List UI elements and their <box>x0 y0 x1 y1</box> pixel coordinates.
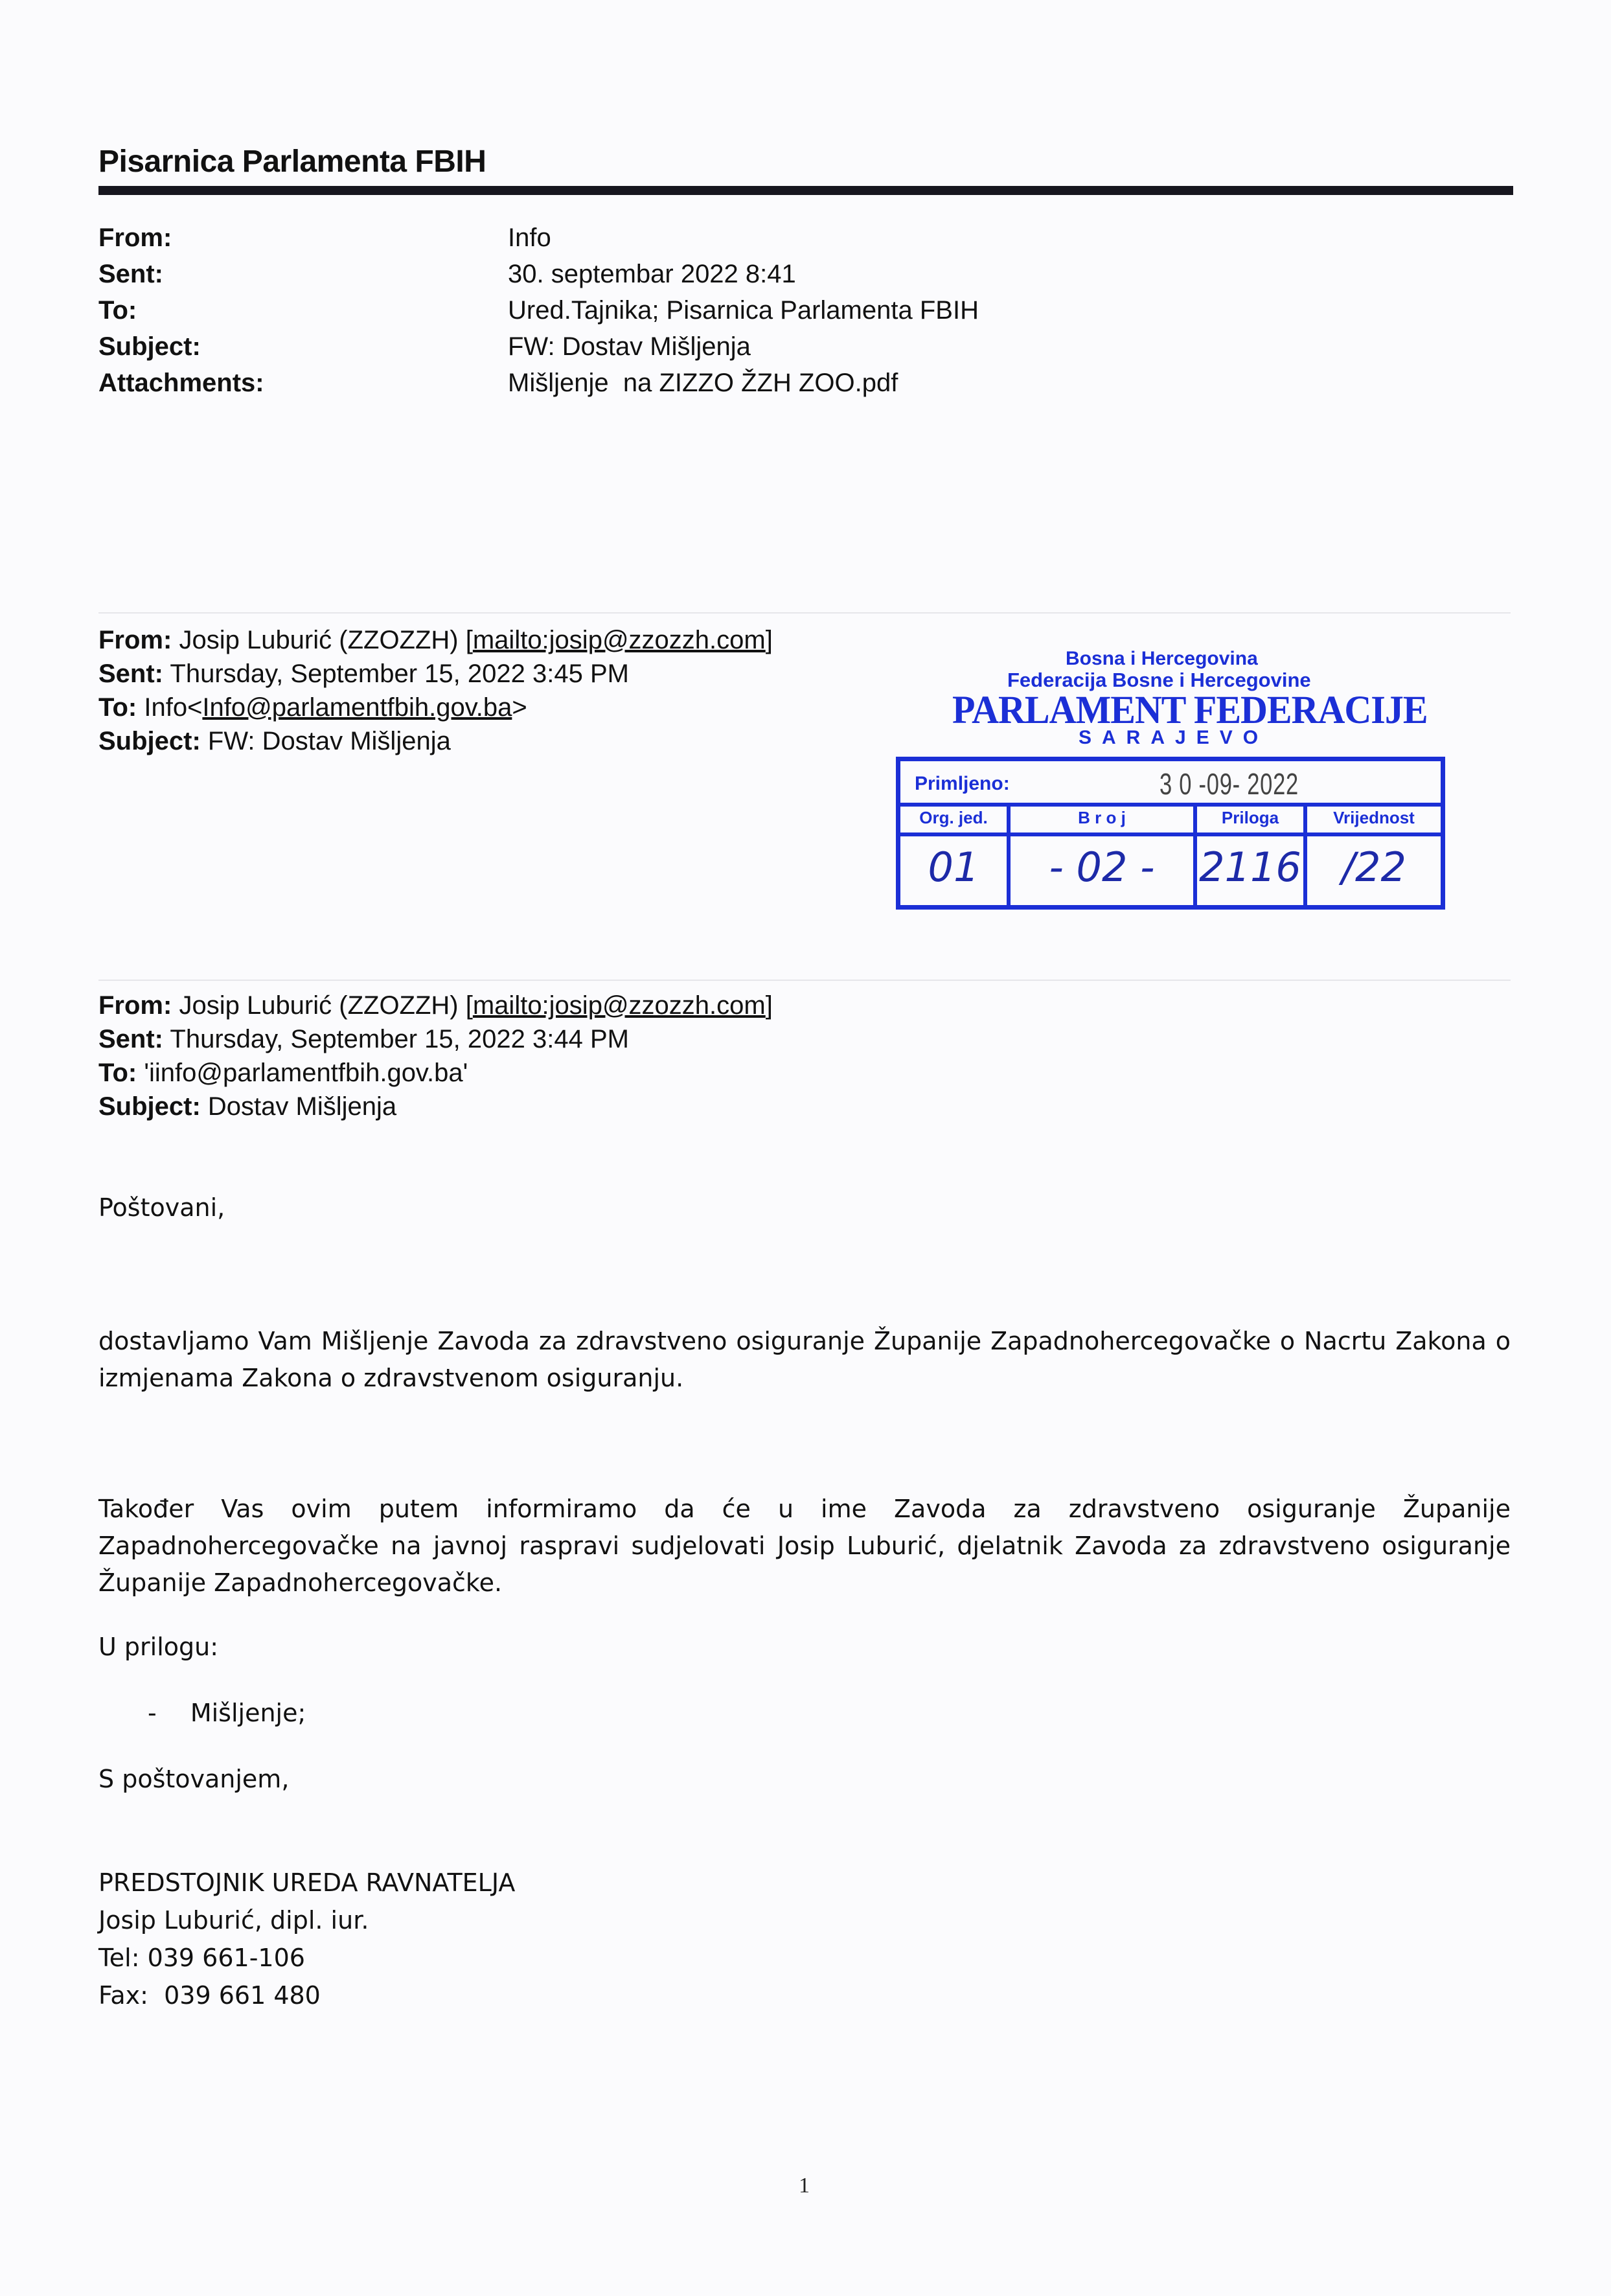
stamp-received-row: Primljeno: 3 0 -09- 2022 <box>900 761 1441 807</box>
stamp-col-value: 2116 <box>1197 836 1303 899</box>
from-name: Josip Luburić (ZZOZZH) <box>179 626 458 654</box>
header-value: Info <box>508 224 551 253</box>
attachment-file[interactable]: Mišljenje na ZIZZO ŽZH ZOO.pdf <box>508 369 898 398</box>
stamp-col-header: Org. jed. <box>900 803 1007 836</box>
stamp-received-label: Primljeno: <box>915 773 1010 795</box>
signature-title: PREDSTOJNIK UREDA RAVNATELJA <box>98 1864 1511 1901</box>
header-value: 30. septembar 2022 8:41 <box>508 260 796 289</box>
header-label: Subject: <box>98 332 201 362</box>
parliament-registration-stamp: Bosna i Hercegovina Federacija Bosne i H… <box>891 648 1454 920</box>
sent-value: Thursday, September 15, 2022 3:44 PM <box>170 1025 629 1053</box>
attachment-list-item: - Mišljenje; <box>148 1695 1560 1732</box>
stamp-col-number: B r o j - 02 - <box>1011 803 1197 905</box>
subject-label: Subject: <box>98 727 201 755</box>
header-value: FW: Dostav Mišljenja <box>508 332 751 362</box>
signature-tel: Tel: 039 661-106 <box>98 1939 1511 1977</box>
attachment-item-label: Mišljenje; <box>190 1699 306 1727</box>
sent-value: Thursday, September 15, 2022 3:45 PM <box>170 660 629 688</box>
page-number: 1 <box>799 2174 810 2198</box>
stamp-col-org-unit: Org. jed. 01 <box>900 803 1011 905</box>
stamp-col-value: /22 <box>1307 836 1441 899</box>
header-label: To: <box>98 296 137 325</box>
forwarded-header-1: From: Josip Luburić (ZZOZZH) [mailto:jos… <box>98 623 773 758</box>
stamp-col-header: Priloga <box>1197 803 1303 836</box>
recipient-email-link[interactable]: Info@parlamentfbih.gov.ba <box>202 693 512 722</box>
sender-email-link[interactable]: mailto:josip@zzozzh.com <box>473 626 766 654</box>
stamp-col-value: - 02 - <box>1011 836 1193 899</box>
to-label: To: <box>98 693 137 722</box>
stamp-received-date: 3 0 -09- 2022 <box>1160 766 1299 801</box>
stamp-col-header: B r o j <box>1011 803 1193 836</box>
stamp-parliament: PARLAMENT FEDERACIJE <box>952 687 1428 732</box>
from-name: Josip Luburić (ZZOZZH) <box>179 991 458 1020</box>
org-title: Pisarnica Parlamenta FBIH <box>98 144 486 179</box>
stamp-col-value: 01 <box>900 836 1007 899</box>
signature-fax: Fax: 039 661 480 <box>98 1977 1511 2014</box>
sent-label: Sent: <box>98 660 163 688</box>
forward-separator <box>98 980 1511 981</box>
to-label: To: <box>98 1059 137 1087</box>
greeting: Poštovani, <box>98 1189 1511 1226</box>
to-value: 'iinfo@parlamentfbih.gov.ba' <box>144 1059 468 1087</box>
stamp-country: Bosna i Hercegovina <box>1066 648 1258 670</box>
to-name: Info <box>144 693 187 722</box>
forwarded-header-2: From: Josip Luburić (ZZOZZH) [mailto:jos… <box>98 989 773 1123</box>
from-label: From: <box>98 626 172 654</box>
title-rule <box>98 186 1513 195</box>
subject-value: FW: Dostav Mišljenja <box>208 727 451 755</box>
body-paragraph-1: dostavljamo Vam Mišljenje Zavoda za zdra… <box>98 1323 1511 1397</box>
signature-block: PREDSTOJNIK UREDA RAVNATELJA Josip Lubur… <box>98 1864 1511 2014</box>
forward-separator <box>98 612 1511 614</box>
list-bullet: - <box>148 1699 157 1727</box>
header-label: From: <box>98 224 172 253</box>
sender-email-link[interactable]: mailto:josip@zzozzh.com <box>473 991 766 1020</box>
header-label: Sent: <box>98 260 163 289</box>
header-value: Ured.Tajnika; Pisarnica Parlamenta FBIH <box>508 296 979 325</box>
stamp-col-header: Vrijednost <box>1307 803 1441 836</box>
subject-label: Subject: <box>98 1092 201 1121</box>
body-paragraph-2: Također Vas ovim putem informiramo da će… <box>98 1491 1511 1601</box>
stamp-city: SARAJEVO <box>1079 727 1268 749</box>
stamp-col-value-field: Vrijednost /22 <box>1307 803 1441 905</box>
signature-name: Josip Luburić, dipl. iur. <box>98 1901 1511 1939</box>
subject-value: Dostav Mišljenja <box>208 1092 396 1121</box>
sent-label: Sent: <box>98 1025 163 1053</box>
attachments-intro: U prilogu: <box>98 1629 1511 1666</box>
stamp-registry-box: Primljeno: 3 0 -09- 2022 Org. jed. 01 B … <box>896 757 1445 910</box>
stamp-columns: Org. jed. 01 B r o j - 02 - Priloga 2116… <box>900 803 1441 905</box>
email-printout-page: Pisarnica Parlamenta FBIH From: Info Sen… <box>0 0 1611 2296</box>
stamp-col-attachments: Priloga 2116 <box>1197 803 1307 905</box>
closing: S poštovanjem, <box>98 1761 1511 1798</box>
header-label: Attachments: <box>98 369 264 398</box>
from-label: From: <box>98 991 172 1020</box>
